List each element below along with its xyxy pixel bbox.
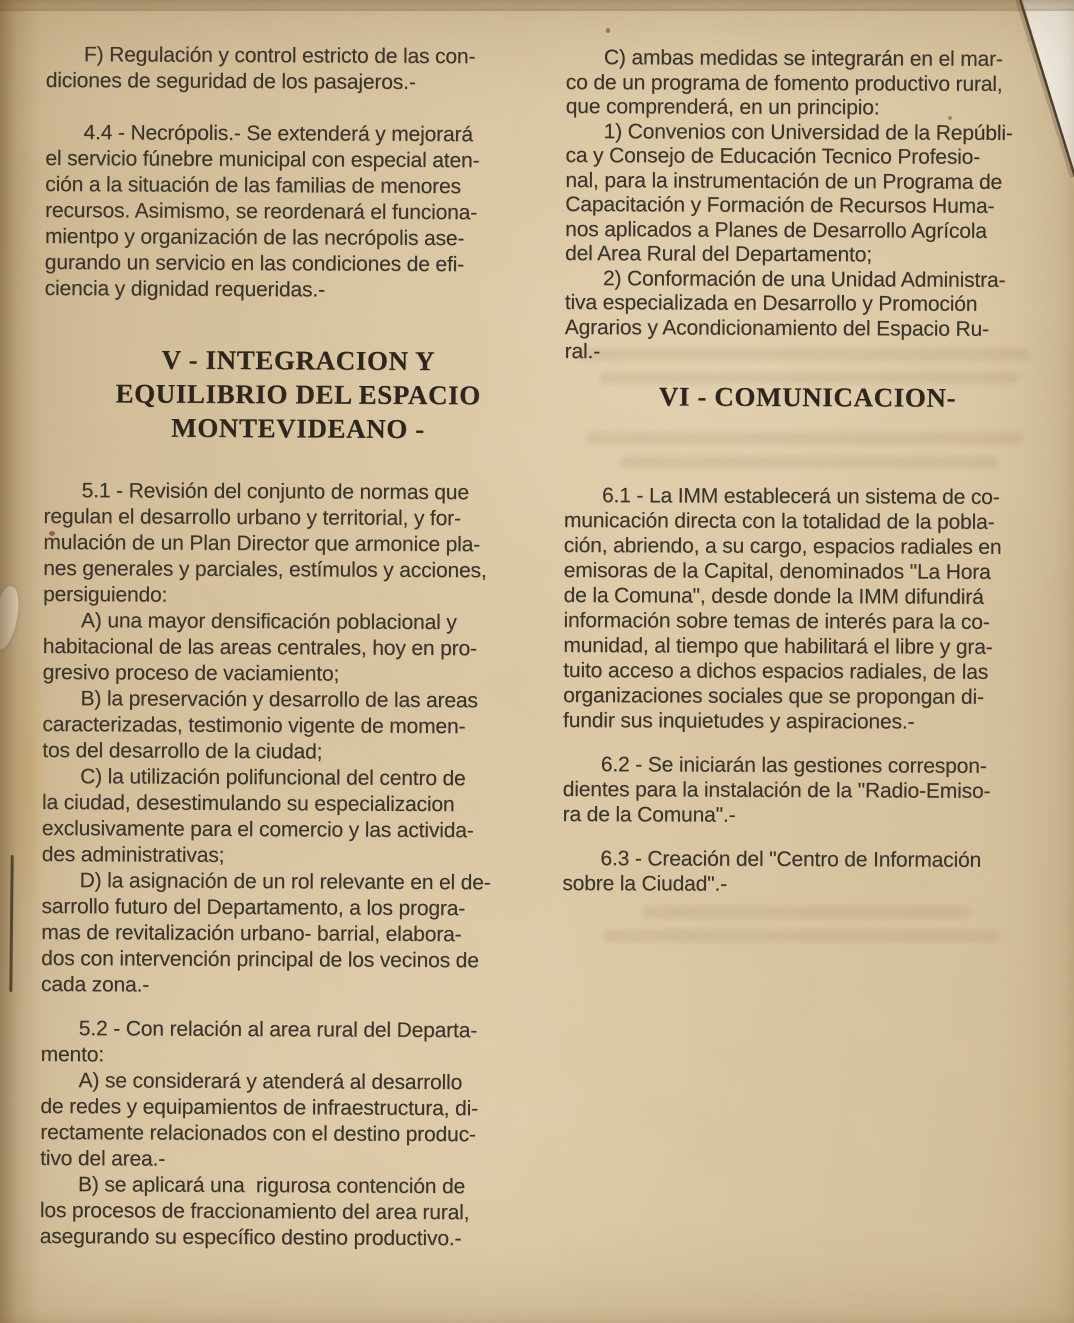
ink-speck [606,28,610,33]
list-item-5-1-c: C) la utilización polifuncional del cent… [42,764,551,871]
paper-crease [0,0,40,1323]
paragraph-6-3: 6.3 - Creación del "Centro de Informació… [562,845,1048,897]
section-heading-v-integracion: V - INTEGRACION Y EQUILIBRIO DEL ESPACIO… [44,342,553,447]
pen-mark [9,855,13,992]
list-item-5-1-d: D) la asignación de un rol relevante en … [41,868,550,1001]
left-column: F) Regulación y control estricto de las … [40,42,554,1253]
list-item-5-2-b: B) se aplicará una rigurosa contención d… [40,1172,548,1253]
paragraph-5-1: 5.1 - Revisión del conjunto de normas qu… [43,478,552,611]
page-bottom-edge-shadow [0,0,1074,11]
page-top-edge-shadow [0,0,1074,7]
paragraph-6-2: 6.2 - Se iniciarán las gestiones corresp… [563,751,1049,828]
list-item-5-1-b: B) la preservación y desarrollo de las a… [42,686,550,767]
paragraph-6-1: 6.1 - La IMM establecerá un sistema de c… [563,482,1050,734]
paragraph-c-rural-program: C) ambas medidas se integrarán en el mar… [566,46,1052,122]
paragraph-f-passenger-safety: F) Regulación y control estricto de las … [46,42,554,97]
bleed-through-smudge [602,930,998,942]
list-item-1-convenios: 1) Convenios con Universidad de la Repúb… [565,119,1052,268]
right-column: C) ambas medidas se integrarán en el mar… [562,46,1052,898]
list-item-5-2-a: A) se considerará y atenderá al desarrol… [40,1068,549,1175]
scanned-document-page: F) Regulación y control estricto de las … [0,0,1074,1323]
bleed-through-smudge [642,906,970,918]
paper-notch [0,584,23,651]
paragraph-5-2: 5.2 - Con relación al area rural del Dep… [41,1016,549,1071]
section-heading-vi-comunicacion: VI - COMUNICACION- [564,378,1050,414]
paragraph-4-4-necropolis: 4.4 - Necrópolis.- Se extenderá y mejora… [45,120,554,305]
list-item-2-conformacion: 2) Conformación de una Unidad Administra… [565,266,1051,366]
list-item-5-1-a: A) una mayor densificación poblacional y… [43,608,551,689]
